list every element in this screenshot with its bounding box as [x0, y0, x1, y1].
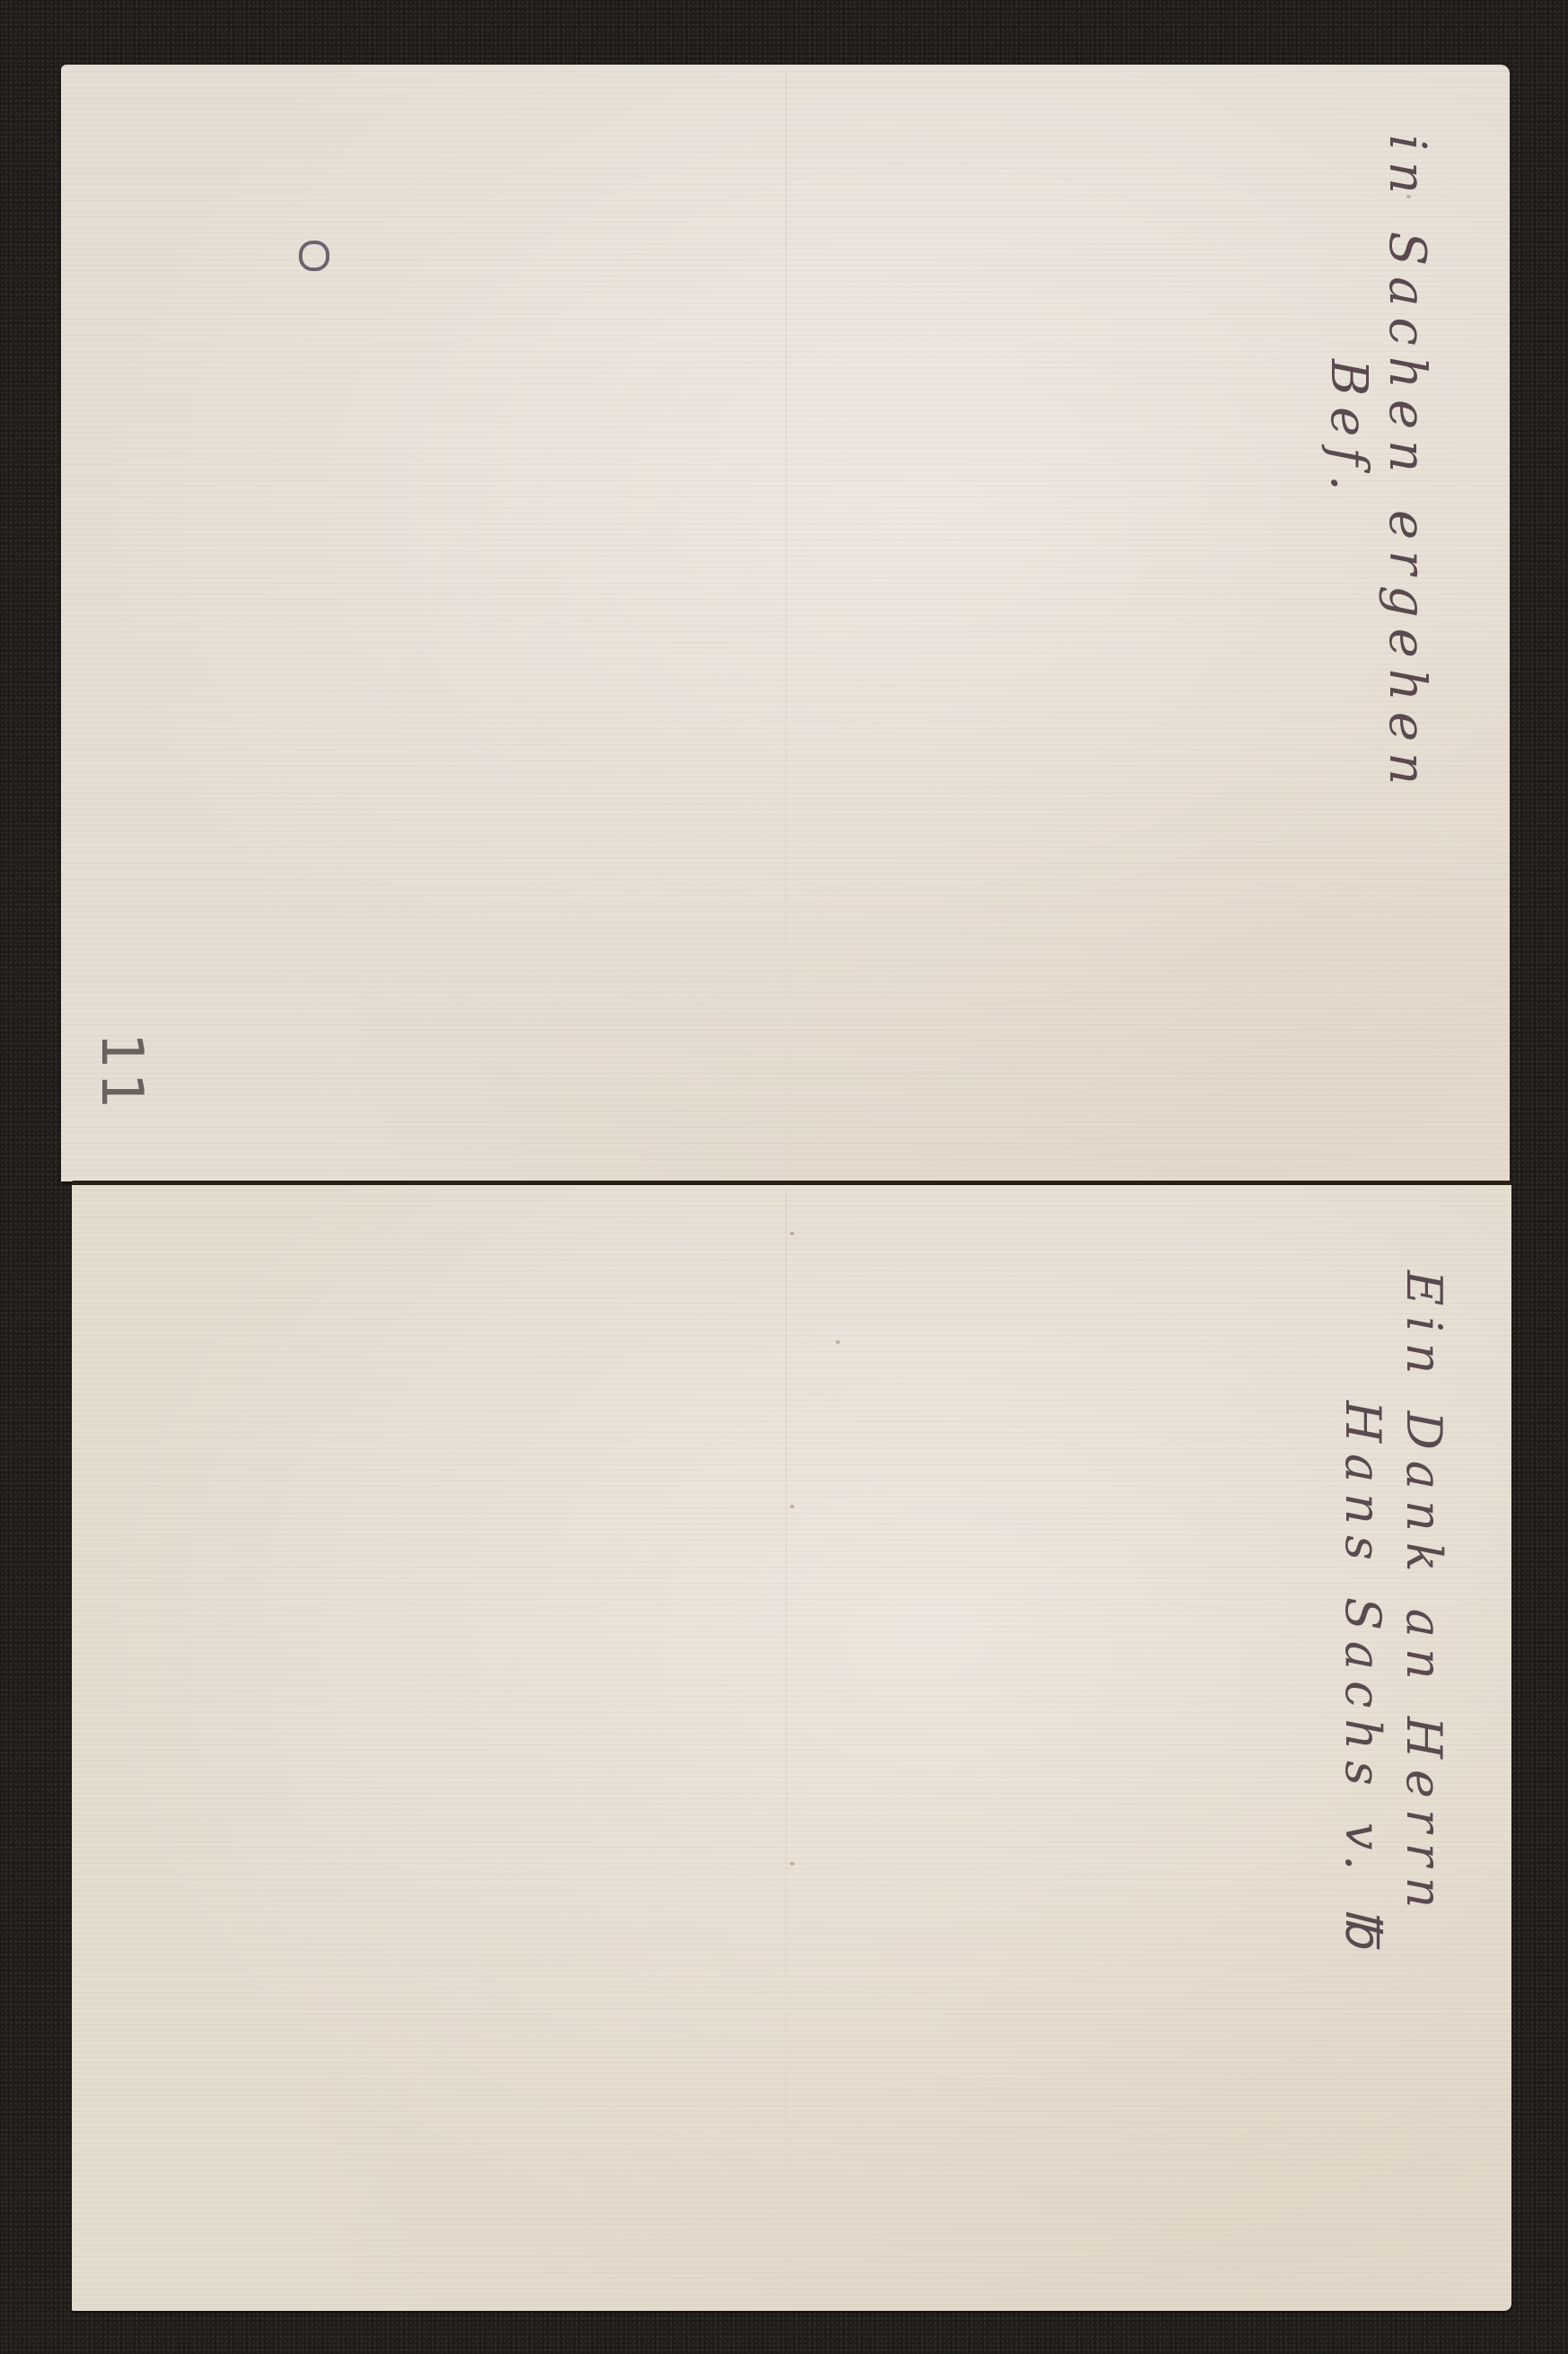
- paper-fleck: [790, 1505, 794, 1508]
- handwritten-line-upper-1: in Sachen ergehen: [1378, 135, 1436, 795]
- pencil-mark-zero: [299, 241, 329, 271]
- page-number: 11: [88, 1032, 154, 1112]
- handwritten-line-lower-1: Ein Dank an Herrn: [1396, 1270, 1452, 1919]
- fold-line: [72, 1181, 1511, 1185]
- paper-fleck: [790, 1232, 794, 1235]
- vertical-crease-upper: [785, 72, 787, 1176]
- handwritten-line-lower-2: Hans Sachs v. ℔: [1335, 1401, 1391, 1958]
- paper-fleck: [836, 1340, 840, 1344]
- paper-fleck: [790, 1862, 794, 1866]
- vertical-crease-lower: [785, 1190, 787, 2303]
- handwritten-line-upper-2: Bef.: [1319, 359, 1378, 502]
- letter-lower-panel: [72, 1185, 1511, 2311]
